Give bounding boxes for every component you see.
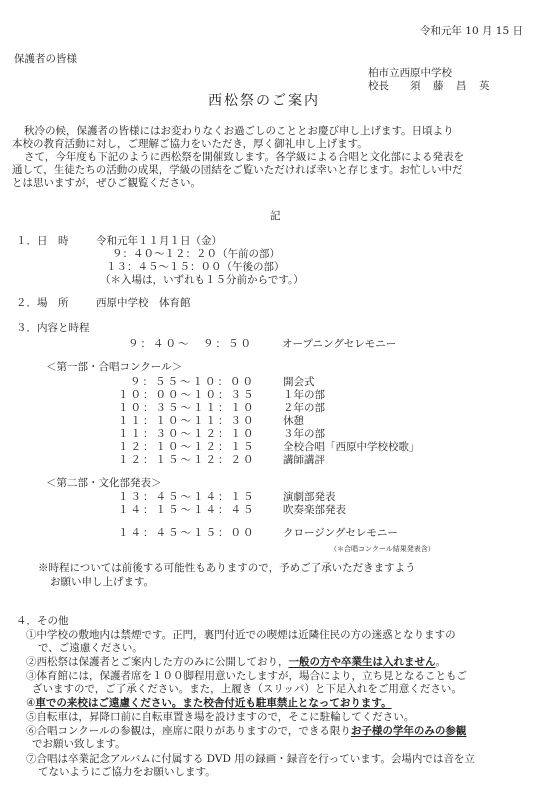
venue: 西原中学校 体育館 [96,297,191,310]
part1-time-3: １１：１０～１１：３０ [118,415,256,428]
notice-2: ②西松祭は保護者とご案内した方のみに公開しており，一般の方や卒業生は入れません。 [26,656,446,669]
notice-6-text: ⑥合唱コンクールの参観は，座席に限りがありますので，できる限り [26,725,351,737]
event-date: 令和元年１１月１日（金） [96,235,222,248]
document-date: 令和元年 10 月 15 日 [420,25,523,38]
part1-label-2: ２年の部 [283,402,325,415]
ki-heading: 記 [270,210,281,223]
intro-p2-line3: とは思いますが，ぜひご観覧ください。 [12,177,201,190]
entry-note: （＊入場は，いずれも１５分前からです。） [100,274,304,287]
addressee: 保護者の皆様 [14,53,77,66]
opening-time: ９：４０～ ９：５０ [128,338,253,351]
notice-1-line1: ①中学校の敷地内は禁煙です。正門，裏門付近での喫煙は近隣住民の方の迷惑となります… [26,629,456,642]
page-title: 西松祭のご案内 [208,92,320,110]
part1-label-0: 開会式 [283,376,315,389]
sender-title: 校長 [368,80,389,93]
part2-label-1: 吹奏楽部発表 [283,504,346,517]
notice-5: ⑤自転車は，昇降口前に自転車置き場を設けますので，そこに駐輪してください。 [26,711,414,724]
intro-p1-line2: 本校の教育活動に対し，ご理解ご協力をいただき，厚く御礼申し上げます。 [12,138,368,151]
notice-3-line1: ③体育館には，保護者席を１００脚程用意いたしますが，場合により，立ち見となること… [26,670,467,683]
schedule-note-line1: ※時程については前後する可能性もありますので，予めご了承いただきますよう [38,562,416,575]
notice-4-marker: ④ [26,697,35,709]
notice-6-line2: でお願い致します。 [32,738,126,751]
part1-label-4: ３年の部 [283,428,325,441]
part1-time-0: ９：５５～１０：００ [130,376,255,389]
morning-session: ９：４０～１２：２０（午前の部） [112,248,280,261]
part1-time-4: １１：３０～１２：１０ [118,428,256,441]
intro-p2-line2: 通して，生徒たちの活動の成果，学級の団結をご覧いただければ幸いと存じます。お忙し… [12,164,462,177]
afternoon-session: １３：４５～１５：００（午後の部） [106,261,285,274]
closing-note: （＊合唱コンクール結果発表含） [330,543,435,556]
part1-label-3: 休憩 [283,415,304,428]
section1-heading: １．日 時 [16,235,69,248]
part2-heading: ＜第二部・文化部発表＞ [46,477,162,490]
section3-heading: ３．内容と時程 [16,322,90,335]
part1-label-5: 全校合唱「西原中学校校歌」 [283,441,420,454]
part2-label-0: 演劇部発表 [283,491,336,504]
notice-2-emphasis: 一般の方や卒業生は入れません [289,656,436,668]
part2-time-1: １４：１５～１４：４５ [118,504,256,517]
intro-p1-line1: 秋冷の候，保護者の皆様にはお変わりなくお過ごしのこととお慶び申し上げます。日頃よ… [24,125,454,138]
notice-7-line2: てないようにご協力をお願いします。 [38,766,216,779]
section4-heading: ４．その他 [16,615,69,628]
intro-p2-line1: さて，今年度も下記のように西松祭を開催致します。各学級による合唱と文化部による発… [24,151,464,164]
notice-4-emphasis: 車での来校はご遠慮ください。また校舎付近も駐車禁止となっております。 [35,697,391,709]
notice-2-text: ②西松祭は保護者とご案内した方のみに公開しており， [26,656,289,668]
part1-heading: ＜第一部・合唱コンクール＞ [46,361,182,374]
notice-7-line1: ⑦合唱は卒業記念アルバムに付属する DVD 用の録画・録音を行っています。会場内… [26,753,475,766]
sender-name: 須 藤 昌 英 [410,80,491,93]
section2-heading: ２．場 所 [16,297,69,310]
closing-time: １４：４５～１５：００ [118,527,256,540]
notice-6-emphasis: お子様の学年のみの参観 [351,725,467,737]
notice-1-line2: で、ご遠慮ください。 [38,642,143,655]
opening-label: オープニングセレモニー [282,338,396,351]
part1-label-6: 講師講評 [283,454,325,467]
part1-time-6: １２：１５～１２：２０ [118,454,256,467]
notice-6: ⑥合唱コンクールの参観は，座席に限りがありますので，できる限りお子様の学年のみの… [26,725,466,738]
schedule-note-line2: お願い申し上げます。 [50,576,154,589]
part1-time-2: １０：３５～１１：１０ [118,402,256,415]
notice-2-end: 。 [436,656,447,668]
closing-label: クロージングセレモニー [283,527,398,540]
notice-4: ④車での来校はご遠慮ください。また校舎付近も駐車禁止となっております。 [26,697,392,710]
part1-label-1: １年の部 [283,389,325,402]
notice-3-line2: ざいますので，ご了承ください。また，上履き（スリッパ）と下足入れをご用意ください… [32,683,462,696]
part2-time-0: １３：４５～１４：１５ [118,491,256,504]
part1-time-5: １２：１０～１２：１５ [118,441,256,454]
part1-time-1: １０：００～１０：３５ [118,389,256,402]
sender-organization: 柏市立西原中学校 [368,67,452,80]
